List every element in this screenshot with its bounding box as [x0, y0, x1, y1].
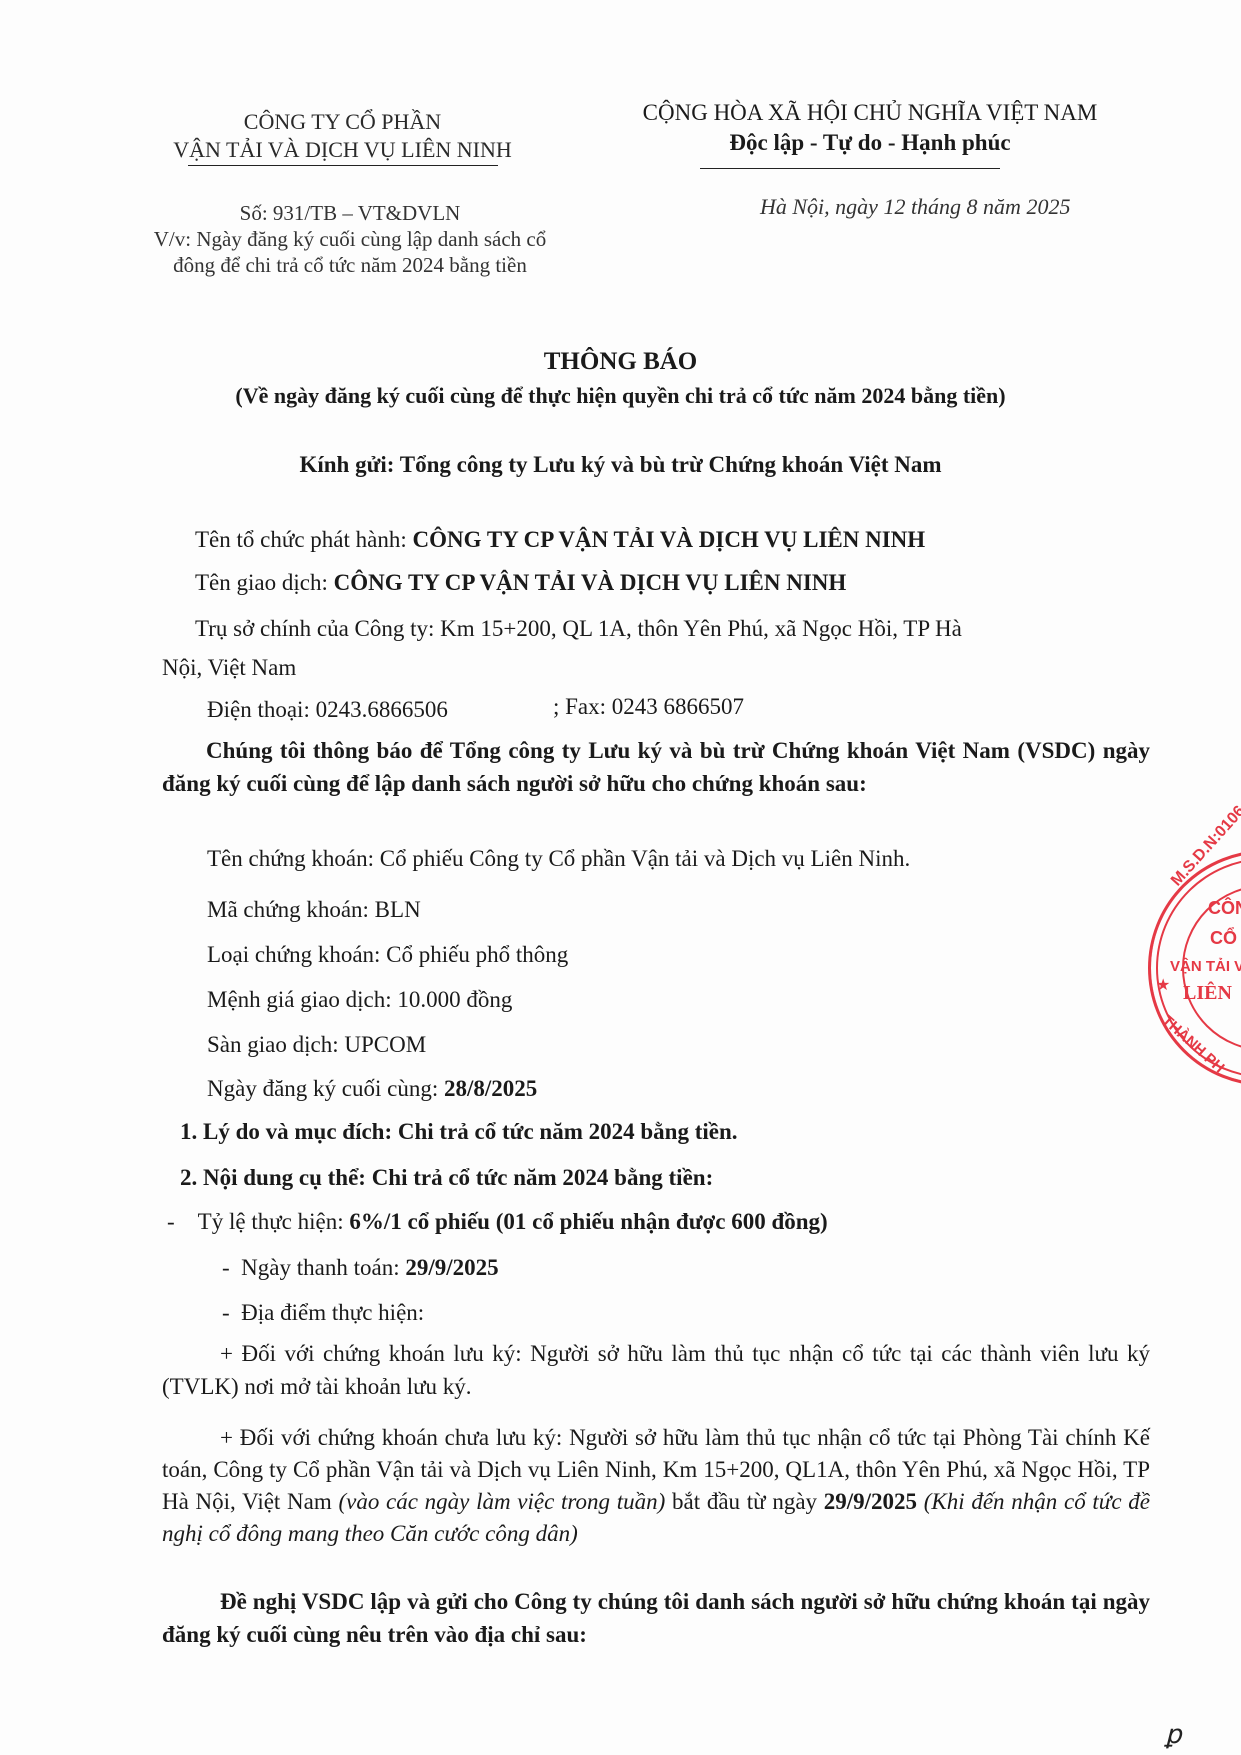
security-name: Tên chứng khoán: Cổ phiếu Công ty Cổ phầ… [207, 844, 910, 874]
document-number: Số: 931/TB – VT&DVLN [140, 200, 560, 226]
location-label: Địa điểm thực hiện: [241, 1300, 424, 1325]
undeposited-date: 29/9/2025 [824, 1489, 917, 1514]
company-underline [188, 165, 498, 166]
nation-motto: Độc lập - Tự do - Hạnh phúc [600, 128, 1140, 158]
stamp-line-2: CỔ [1210, 928, 1237, 949]
phone: Điện thoại: 0243.6866506 [207, 695, 448, 725]
undeposited-start: bắt đầu từ ngày [665, 1489, 823, 1514]
ratio-line: - Tỷ lệ thực hiện: 6%/1 cổ phiếu (01 cổ … [167, 1207, 828, 1237]
nation-line: CỘNG HÒA XÃ HỘI CHỦ NGHĨA VIỆT NAM [600, 98, 1140, 128]
issuer-name-label: Tên tổ chức phát hành: [195, 527, 412, 552]
stamp-line-3: VẬN TẢI V [1170, 958, 1241, 975]
trade-name-label: Tên giao dịch: [195, 570, 334, 595]
item-content: 2. Nội dung cụ thể: Chi trả cổ tức năm 2… [180, 1163, 713, 1193]
pay-date-line: - Ngày thanh toán: 29/9/2025 [222, 1253, 499, 1283]
record-date-label: Ngày đăng ký cuối cùng: [207, 1076, 444, 1101]
stamp-line-1: CÔN [1208, 898, 1241, 919]
pay-date-label: Ngày thanh toán: [241, 1255, 405, 1280]
national-heading: CỘNG HÒA XÃ HỘI CHỦ NGHĨA VIỆT NAM Độc l… [600, 98, 1140, 158]
address-line-2: Nội, Việt Nam [162, 653, 296, 683]
recipient-line: Kính gửi: Tổng công ty Lưu ký và bù trừ … [0, 452, 1241, 478]
company-line-2: VẬN TẢI VÀ DỊCH VỤ LIÊN NINH [140, 136, 545, 164]
issuer-name-line: Tên tổ chức phát hành: CÔNG TY CP VẬN TẢ… [195, 525, 925, 555]
star-icon: ★ [1156, 975, 1170, 995]
motto-underline [700, 168, 1000, 169]
location-line: - Địa điểm thực hiện: [222, 1298, 424, 1328]
record-date-line: Ngày đăng ký cuối cùng: 28/8/2025 [207, 1074, 537, 1104]
trade-name-value: CÔNG TY CP VẬN TẢI VÀ DỊCH VỤ LIÊN NINH [334, 570, 847, 595]
exchange: Sàn giao dịch: UPCOM [207, 1030, 426, 1060]
place-date: Hà Nội, ngày 12 tháng 8 năm 2025 [760, 194, 1070, 220]
stamp-line-4: LIÊN [1183, 982, 1232, 1005]
security-type: Loại chứng khoán: Cổ phiếu phổ thông [207, 940, 568, 970]
intro-paragraph: Chúng tôi thông báo để Tổng công ty Lưu … [162, 734, 1150, 800]
document-title: THÔNG BÁO [0, 348, 1241, 376]
par-value: Mệnh giá giao dịch: 10.000 đồng [207, 985, 512, 1015]
company-line-1: CÔNG TY CỔ PHẦN [140, 108, 545, 136]
fax: ; Fax: 0243 6866507 [553, 692, 744, 722]
request-paragraph: Đề nghị VSDC lập và gửi cho Công ty chún… [162, 1585, 1150, 1651]
undeposited-paragraph: + Đối với chứng khoán chưa lưu ký: Người… [162, 1422, 1150, 1550]
undeposited-working-days: (vào các ngày làm việc trong tuần) [338, 1489, 665, 1514]
security-code: Mã chứng khoán: BLN [207, 895, 421, 925]
trade-name-line: Tên giao dịch: CÔNG TY CP VẬN TẢI VÀ DỊC… [195, 568, 846, 598]
document-subtitle: (Về ngày đăng ký cuối cùng để thực hiện … [0, 383, 1241, 409]
item-reason: 1. Lý do và mục đích: Chi trả cổ tức năm… [180, 1117, 738, 1147]
address-line-1: Trụ sở chính của Công ty: Km 15+200, QL … [195, 614, 962, 644]
subject-line-1: V/v: Ngày đăng ký cuối cùng lập danh sác… [140, 226, 560, 252]
bullet-dash: - [222, 1300, 241, 1325]
ratio-label: Tỷ lệ thực hiện: [198, 1209, 350, 1234]
initials-signature: ꝑ [1165, 1720, 1182, 1750]
record-date-value: 28/8/2025 [444, 1076, 537, 1101]
document-reference: Số: 931/TB – VT&DVLN V/v: Ngày đăng ký c… [140, 200, 560, 278]
pay-date-value: 29/9/2025 [405, 1255, 498, 1280]
bullet-dash: - [167, 1209, 198, 1234]
issuer-company-heading: CÔNG TY CỔ PHẦN VẬN TẢI VÀ DỊCH VỤ LIÊN … [140, 108, 545, 164]
ratio-value: 6%/1 cổ phiếu (01 cổ phiếu nhận được 600… [349, 1209, 827, 1234]
bullet-dash: - [222, 1255, 241, 1280]
issuer-name-value: CÔNG TY CP VẬN TẢI VÀ DỊCH VỤ LIÊN NINH [412, 527, 925, 552]
subject-line-2: đông để chi trả cổ tức năm 2024 bằng tiề… [140, 252, 560, 278]
deposited-paragraph: + Đối với chứng khoán lưu ký: Người sở h… [162, 1337, 1150, 1403]
